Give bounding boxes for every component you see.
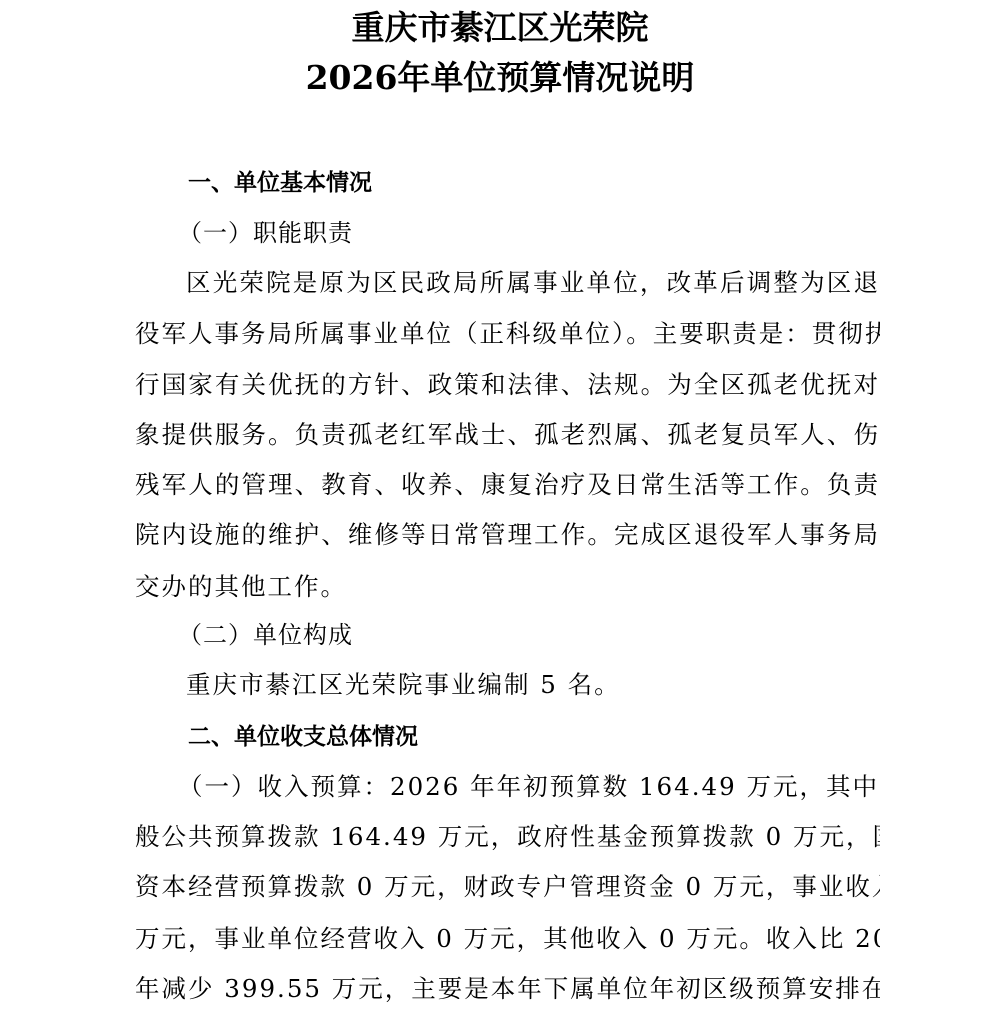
paragraph-line: 交办的其他工作。 <box>135 572 880 602</box>
document-title-line2: 2026年单位预算情况说明 <box>0 58 1000 98</box>
paragraph-line: 院内设施的维护、维修等日常管理工作。完成区退役军人事务局 <box>135 520 880 550</box>
section-heading-basic-info: 一、单位基本情况 <box>188 168 372 198</box>
paragraph-line: 般公共预算拨款 164.49 万元，政府性基金预算拨款 0 万元，国有 <box>135 822 880 852</box>
paragraph-line: 区光荣院是原为区民政局所属事业单位，改革后调整为区退 <box>186 268 880 298</box>
paragraph-line: 资本经营预算拨款 0 万元，财政专户管理资金 0 万元，事业收入 0 <box>135 872 880 902</box>
paragraph-line: 行国家有关优抚的方针、政策和法律、法规。为全区孤老优抚对 <box>135 370 880 400</box>
subsection-heading-functions: （一）职能职责 <box>178 218 353 248</box>
paragraph-line: 年减少 399.55 万元，主要是本年下属单位年初区级预算安排在机 <box>135 974 880 1004</box>
subsection-heading-composition: （二）单位构成 <box>178 620 353 650</box>
section-heading-income-expenditure: 二、单位收支总体情况 <box>188 722 418 752</box>
paragraph-line: 象提供服务。负责孤老红军战士、孤老烈属、孤老复员军人、伤 <box>135 420 880 450</box>
paragraph-line: 万元，事业单位经营收入 0 万元，其他收入 0 万元。收入比 2025 <box>135 924 880 954</box>
paragraph-line: （一）收入预算：2026 年年初预算数 164.49 万元，其中：一 <box>178 772 880 802</box>
document-title-line1: 重庆市綦江区光荣院 <box>0 8 1000 48</box>
paragraph-line: 残军人的管理、教育、收养、康复治疗及日常生活等工作。负责 <box>135 470 880 500</box>
paragraph-line: 重庆市綦江区光荣院事业编制 5 名。 <box>186 670 880 700</box>
paragraph-line: 役军人事务局所属事业单位（正科级单位）。主要职责是：贯彻执 <box>135 319 880 349</box>
